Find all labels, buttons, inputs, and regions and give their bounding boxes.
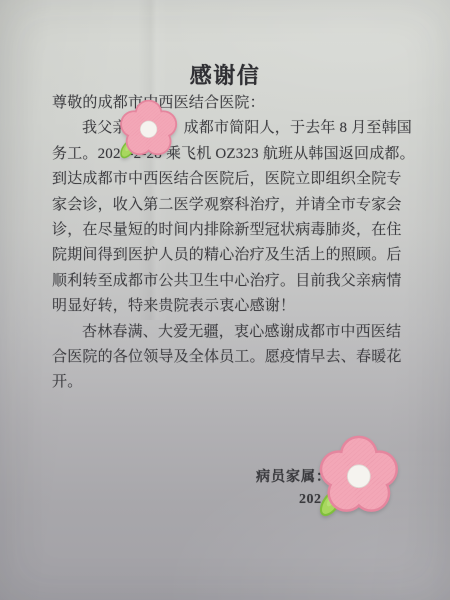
body-line-6: 院期间得到医护人员的精心治疗及生活上的照顾。后 bbox=[52, 243, 404, 268]
body-line-1: 我父亲成都市简阳人，于去年 8 月至韩国 bbox=[52, 116, 404, 141]
flower-sticker-over-family-name bbox=[314, 436, 402, 524]
thank-you-letter-photo: 感谢信 尊敬的成都市中西医结合医院： 我父亲成都市简阳人，于去年 8 月至韩国 … bbox=[0, 0, 450, 600]
salutation: 尊敬的成都市中西医结合医院： bbox=[52, 91, 404, 116]
flower-icon bbox=[314, 436, 402, 524]
letter-body: 尊敬的成都市中西医结合医院： 我父亲成都市简阳人，于去年 8 月至韩国 务工。2… bbox=[52, 91, 404, 396]
body-line-4: 家会诊，收入第二医学观察科治疗，并请全市专家会 bbox=[52, 193, 404, 218]
body-line-3: 到达成都市中西医结合医院后，医院立即组织全院专 bbox=[52, 167, 404, 192]
body-line-9: 杏林春满、大爱无疆，衷心感谢成都市中西医结 bbox=[52, 320, 404, 345]
body-line-8: 明显好转，特来贵院表示衷心感谢！ bbox=[52, 294, 404, 319]
body-line-7: 顺利转至成都市公共卫生中心治疗。目前我父亲病情 bbox=[52, 269, 404, 294]
flower-icon bbox=[116, 100, 180, 164]
flower-sticker-over-patient-name bbox=[116, 100, 180, 164]
body-line-10: 合医院的各位领导及全体员工。愿疫情早去、春暖花 bbox=[52, 345, 404, 370]
letter-title: 感谢信 bbox=[0, 59, 450, 90]
para1-rest: 成都市简阳人，于去年 8 月至韩国 bbox=[184, 120, 412, 136]
body-line-5: 诊，在尽量短的时间内排除新型冠状病毒肺炎，在住 bbox=[52, 218, 404, 243]
body-line-2: 务工。2020-2-28 乘飞机 OZ323 航班从韩国返回成都。 bbox=[52, 142, 404, 167]
body-line-11: 开。 bbox=[52, 370, 404, 395]
